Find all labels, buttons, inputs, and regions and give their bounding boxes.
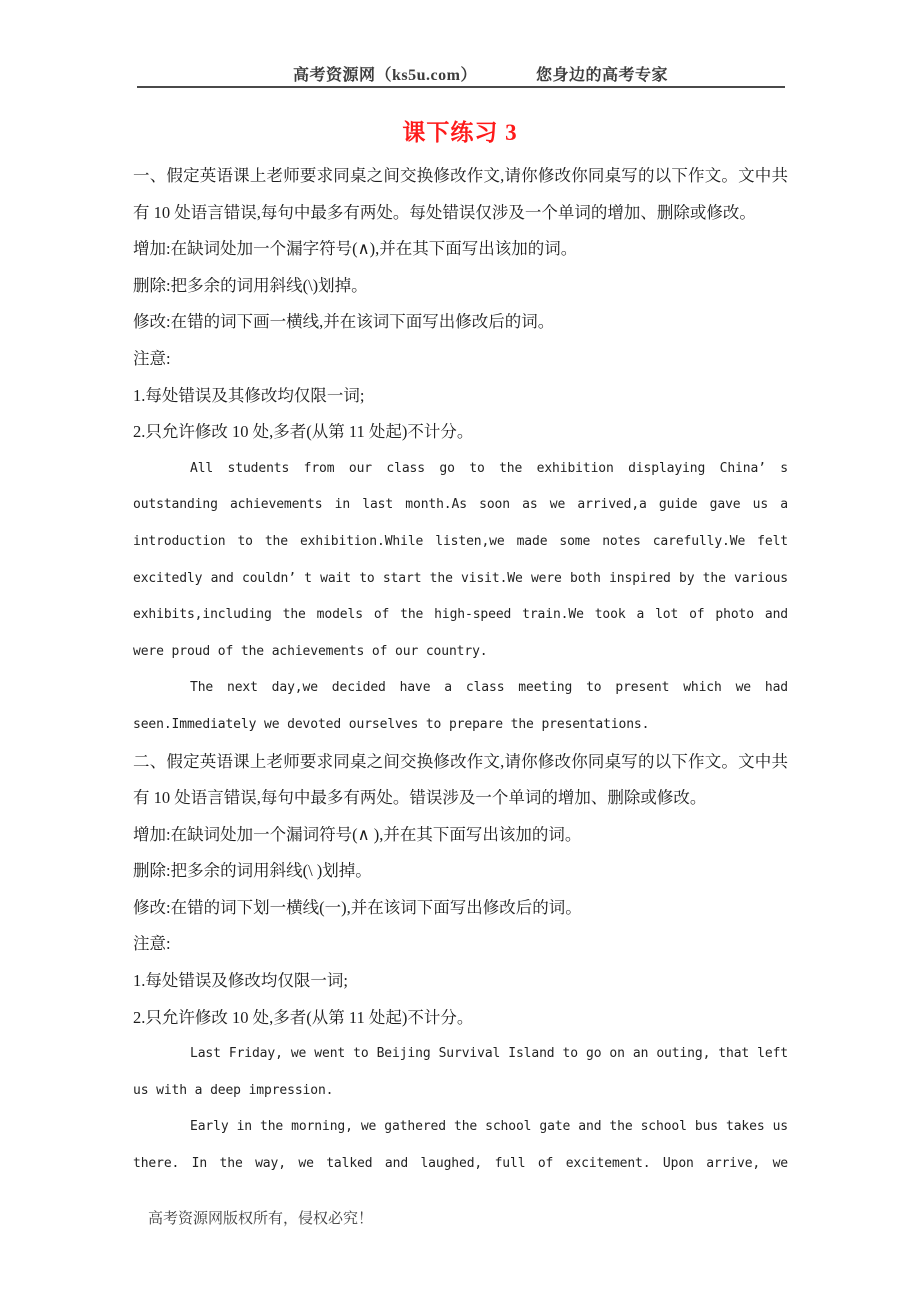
section2-note-label: 注意:	[133, 926, 788, 963]
section2-intro: 二、假定英语课上老师要求同桌之间交换修改作文,请你修改你同桌写的以下作文。文中共…	[133, 744, 788, 817]
document-page: 高考资源网（ks5u.com） 您身边的高考专家 课下练习 3 一、假定英语课上…	[0, 0, 920, 1302]
section2-rule-delete: 删除:把多余的词用斜线(\ )划掉。	[133, 853, 788, 890]
section-1: 一、假定英语课上老师要求同桌之间交换修改作文,请你修改你同桌写的以下作文。文中共…	[133, 158, 788, 744]
section2-rule-add: 增加:在缺词处加一个漏词符号(∧ ),并在其下面写出该加的词。	[133, 817, 788, 854]
section1-note-1: 1.每处错误及其修改均仅限一词;	[133, 378, 788, 415]
header-divider-line	[137, 86, 785, 88]
section2-passage-paragraph-2: Early in the morning, we gathered the sc…	[133, 1109, 788, 1182]
site-logo-text: 高考资源网（ks5u.com）	[293, 62, 477, 85]
section1-intro: 一、假定英语课上老师要求同桌之间交换修改作文,请你修改你同桌写的以下作文。文中共…	[133, 158, 788, 231]
copyright-notice: 高考资源网版权所有，侵权必究！	[148, 1207, 373, 1228]
section2-note-1: 1.每处错误及修改均仅限一词;	[133, 963, 788, 1000]
section1-rule-add: 增加:在缺词处加一个漏字符号(∧),并在其下面写出该加的词。	[133, 231, 788, 268]
section-2: 二、假定英语课上老师要求同桌之间交换修改作文,请你修改你同桌写的以下作文。文中共…	[133, 744, 788, 1183]
section2-note-2: 2.只允许修改 10 处,多者(从第 11 处起)不计分。	[133, 1000, 788, 1037]
section1-passage-paragraph-2: The next day,we decided have a class mee…	[133, 670, 788, 743]
section1-passage-paragraph-1: All students from our class go to the ex…	[133, 451, 788, 671]
section2-rule-modify: 修改:在错的词下划一横线(一),并在该词下面写出修改后的词。	[133, 890, 788, 927]
section1-note-2: 2.只允许修改 10 处,多者(从第 11 处起)不计分。	[133, 414, 788, 451]
site-slogan: 您身边的高考专家	[536, 62, 668, 85]
page-title: 课下练习 3	[0, 114, 920, 147]
section1-rule-delete: 删除:把多余的词用斜线(\)划掉。	[133, 268, 788, 305]
section1-rule-modify: 修改:在错的词下画一横线,并在该词下面写出修改后的词。	[133, 304, 788, 341]
section1-note-label: 注意:	[133, 341, 788, 378]
document-body: 一、假定英语课上老师要求同桌之间交换修改作文,请你修改你同桌写的以下作文。文中共…	[133, 158, 788, 1183]
section2-passage-paragraph-1: Last Friday, we went to Beijing Survival…	[133, 1036, 788, 1109]
